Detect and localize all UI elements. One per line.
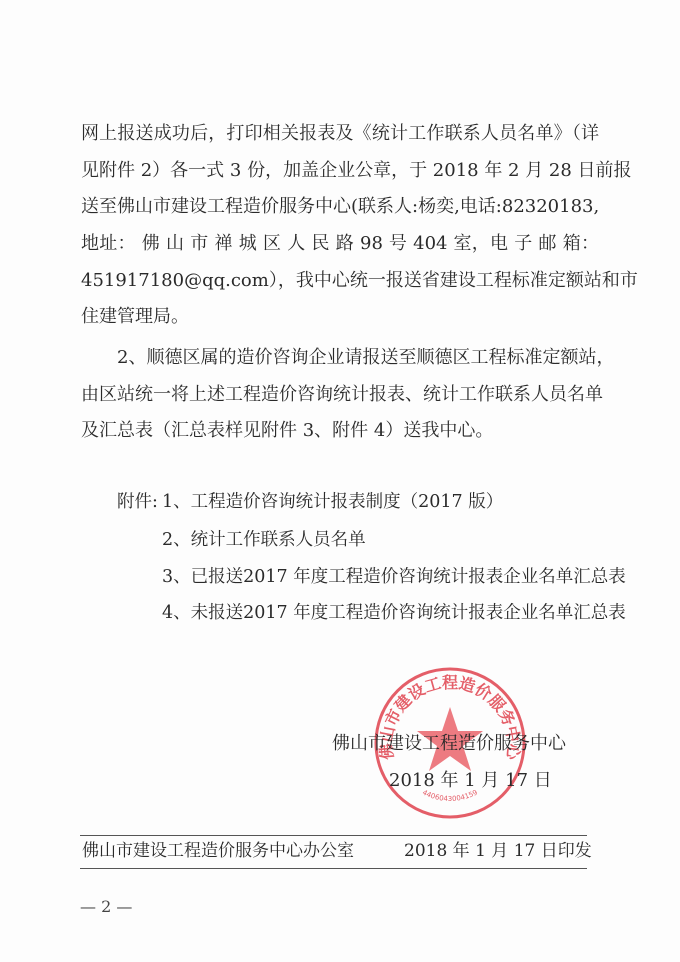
footer-top-rule (80, 835, 587, 836)
attachment-item: 3、已报送2017 年度工程造价咨询统计报表企业名单汇总表 (162, 566, 626, 588)
body-line: 见附件 2）各一式 3 份，加盖企业公章，于 2018 年 2 月 28 日前报 (81, 160, 599, 182)
body-line: 送至佛山市建设工程造价服务中心(联系人:杨奕,电话:82320183, (81, 196, 599, 218)
body-line: 2、顺德区属的造价咨询企业请报送至顺德区工程标准定额站， (117, 347, 599, 369)
body-line: 住建管理局。 (81, 306, 599, 328)
document-page: 网上报送成功后，打印相关报表及《统计工作联系人员名单》（详 见附件 2）各一式 … (0, 0, 680, 962)
attachment-item: 1、工程造价咨询统计报表制度（2017 版） (162, 491, 503, 513)
body-line: 451917180@qq.com），我中心统一报送省建设工程标准定额站和市 (81, 270, 599, 292)
signature-organization: 佛山市建设工程造价服务中心 (332, 733, 566, 755)
body-line: 网上报送成功后，打印相关报表及《统计工作联系人员名单》（详 (81, 123, 599, 145)
footer-issue-date: 2018 年 1 月 17 日印发 (404, 840, 592, 862)
attachments-label: 附件: (117, 491, 158, 513)
body-line: 地址： 佛 山 市 禅 城 区 人 民 路 98 号 404 室，电 子 邮 箱… (81, 233, 599, 255)
footer-bottom-rule (80, 868, 587, 869)
signature-date: 2018 年 1 月 17 日 (389, 770, 552, 792)
attachment-item: 2、统计工作联系人员名单 (162, 529, 366, 551)
body-line: 及汇总表（汇总表样见附件 3、附件 4）送我中心。 (81, 420, 599, 442)
page-number: — 2 — (80, 897, 132, 917)
attachment-item: 4、未报送2017 年度工程造价咨询统计报表企业名单汇总表 (162, 602, 626, 624)
footer-issuer: 佛山市建设工程造价服务中心办公室 (82, 840, 354, 862)
body-line: 由区站统一将上述工程造价咨询统计报表、统计工作联系人员名单 (81, 384, 599, 406)
